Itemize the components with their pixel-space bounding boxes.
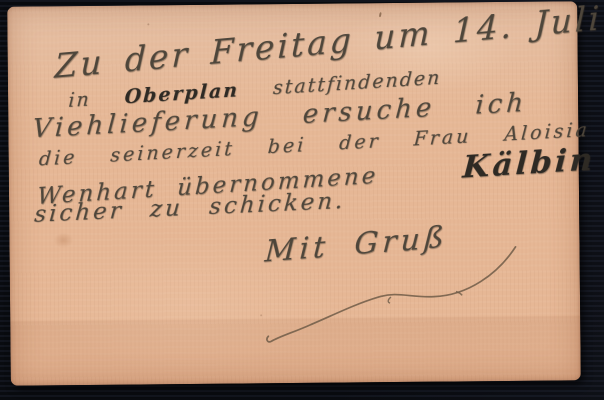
handwriting-line-1: Zu der Freitag um 14. Juli bbox=[54, 1, 602, 83]
closing-text: Mit Gruß bbox=[264, 220, 449, 270]
ink-speck bbox=[147, 23, 149, 25]
ink-speck bbox=[379, 12, 382, 17]
ink-speck bbox=[260, 314, 262, 316]
postcard: Zu der Freitag um 14. Juli in Oberplan s… bbox=[7, 1, 581, 385]
handwriting-word-kaelbin: Kälbin bbox=[462, 141, 597, 185]
photo-background: Zu der Freitag um 14. Juli in Oberplan s… bbox=[0, 0, 604, 400]
handwriting-closing: Mit Gruß bbox=[264, 223, 449, 268]
handwriting-text: in bbox=[68, 88, 92, 112]
